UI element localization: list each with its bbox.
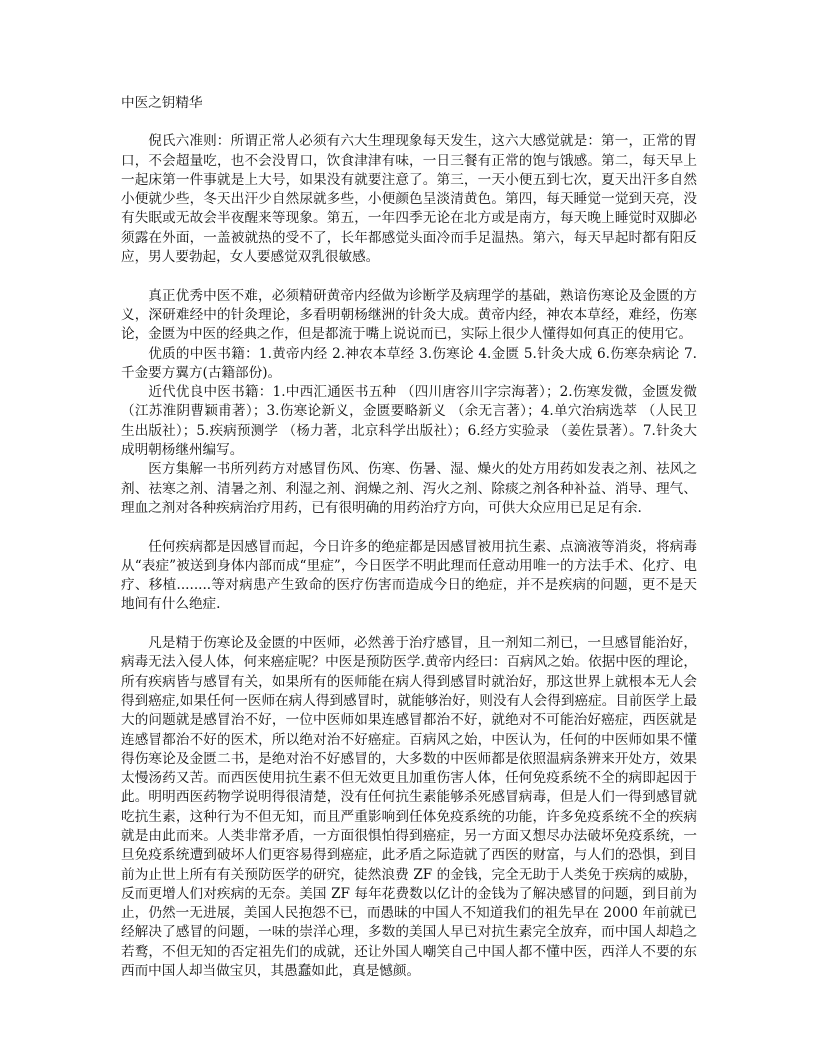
paragraph-quality-books: 优质的中医书籍：1.黄帝内经 2.神农本草经 3.伤寒论 4.金匮 5.针灸大成… bbox=[121, 345, 697, 384]
document-title: 中医之钥精华 bbox=[121, 94, 697, 113]
paragraph-cold-treatment: 凡是精于伤寒论及金匮的中医师，必然善于治疗感冒，且一剂知二剂已，一旦感冒能治好，… bbox=[121, 634, 697, 981]
paragraph-disease-origin: 任何疾病都是因感冒而起，今日许多的绝症都是因感冒被用抗生素、点滴液等消炎，将病毒… bbox=[121, 538, 697, 615]
document-page: 中医之钥精华 倪氏六准则：所谓正常人必须有六大生理现象每天发生，这六大感觉就是：… bbox=[121, 94, 697, 981]
paragraph-six-criteria: 倪氏六准则：所谓正常人必须有六大生理现象每天发生，这六大感觉就是：第一，正常的胃… bbox=[121, 132, 697, 267]
paragraph-formula-collection: 医方集解一书所列药方对感冒伤风、伤寒、伤暑、湿、燥火的处方用药如发表之剂、祛风之… bbox=[121, 460, 697, 518]
paragraph-excellent-tcm: 真正优秀中医不难，必须精研黄帝内经做为诊断学及病理学的基础，熟谙伤寒论及金匮的方… bbox=[121, 287, 697, 345]
paragraph-spacer bbox=[121, 267, 697, 286]
paragraph-modern-books: 近代优良中医书籍：1.中西汇通医书五种 （四川唐容川字宗海著）；2.伤寒发微，金… bbox=[121, 383, 697, 460]
paragraph-spacer bbox=[121, 518, 697, 537]
paragraph-spacer bbox=[121, 615, 697, 634]
